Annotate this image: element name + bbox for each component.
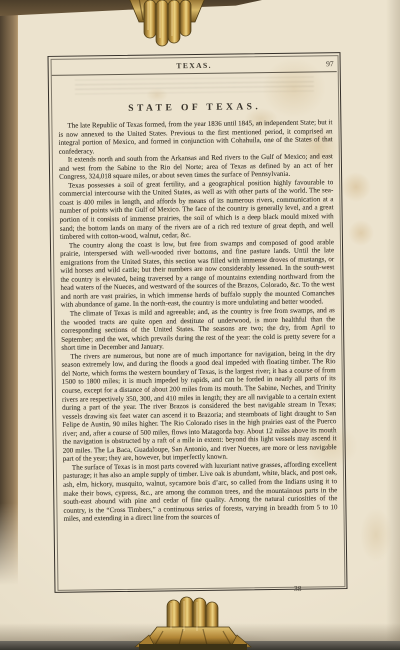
paragraph: The climate of Texas is mild and agreeab… xyxy=(61,306,336,352)
paragraph: The country along the coast is low, but … xyxy=(60,238,335,310)
page-bottom-shadow xyxy=(0,623,400,641)
paragraph: The late Republic of Texas formed, from … xyxy=(58,118,332,156)
paragraph: Texas possesses a soil of great fertilit… xyxy=(59,178,334,241)
section-heading: STATE OF TEXAS. xyxy=(49,100,340,115)
paragraph: The rivers are numerous, but none are of… xyxy=(61,349,336,464)
table-surface xyxy=(0,641,400,650)
paragraph: The surface of Texas is in most parts co… xyxy=(63,460,338,523)
book-edge-pages xyxy=(0,0,18,585)
printed-frame: TEXAS. 97 STATE OF TEXAS. The late Repub… xyxy=(47,52,347,593)
running-head-title: TEXAS. xyxy=(49,59,340,72)
body-text: The late Republic of Texas formed, from … xyxy=(58,118,337,523)
page-edge-shadow xyxy=(386,0,400,650)
page-number: 97 xyxy=(326,59,334,68)
signature-mark: 38 xyxy=(294,584,302,593)
verso-showthrough xyxy=(75,76,314,95)
paragraph: It extends north and south from the Arka… xyxy=(59,152,333,181)
book-page-photo: TEXAS. 97 STATE OF TEXAS. The late Repub… xyxy=(0,0,400,650)
